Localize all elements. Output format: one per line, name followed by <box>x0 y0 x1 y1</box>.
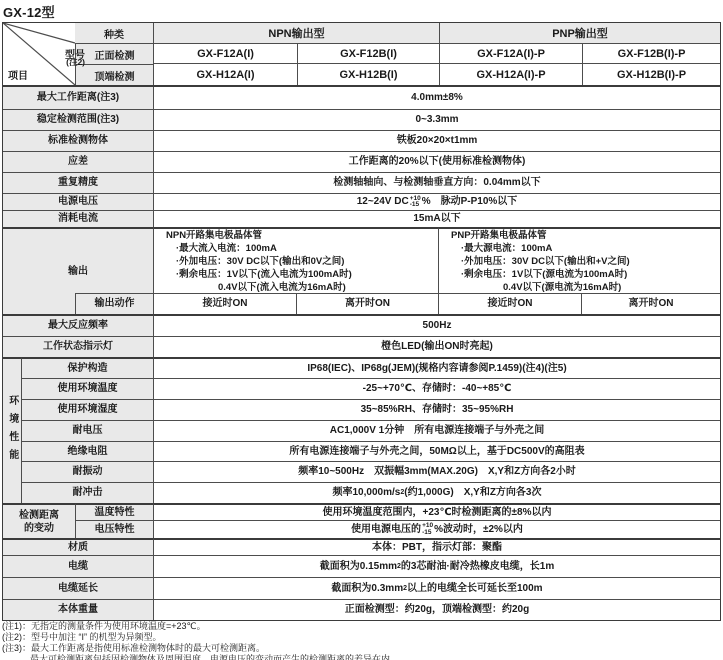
output-pnp-cell: PNP开路集电极晶体管 ·最大源电流：100mA ·外加电压：30V DC以下(… <box>438 227 720 293</box>
row-value: 所有电源连接端子与外壳之间，50MΩ以上，基于DC500V的高阻表 <box>153 441 720 461</box>
row-label: 最大工作距离(注3) <box>3 87 153 109</box>
row-label: 材质 <box>3 538 153 555</box>
row-label: 最大反应频率 <box>3 314 153 336</box>
pnp-line: ·最大源电流：100mA <box>451 242 552 255</box>
output-action-value: 离开时ON <box>581 293 720 314</box>
row-label: 电缆 <box>3 555 153 577</box>
cable-ext-suffix: 以上的电缆全长可延长至100m <box>407 583 543 595</box>
npn-line: ·剩余电压：1V以下(流入电流为100mA时) <box>166 268 352 281</box>
header-front-detect-label: 正面检测 <box>76 44 153 64</box>
row-value: 本体：PBT，指示灯部：聚酯 <box>153 538 720 555</box>
page-title: GX-12型 <box>3 2 55 21</box>
volt-suffix: %波动时，±2%以内 <box>434 524 523 536</box>
footnote-2: (注2)：型号中加注 “I” 的机型为异频型。 <box>2 632 721 643</box>
shock-suffix: (约1,000G) X,Y和Z方向各3次 <box>404 487 541 499</box>
row-value: 铁板20×20×t1mm <box>153 130 720 151</box>
row-label: 电缆延长 <box>3 577 153 599</box>
row-label: 耐电压 <box>21 420 153 441</box>
row-value: 使用电源电压的+10-15%波动时，±2%以内 <box>153 520 720 538</box>
row-value: 频率10~500Hz 双振幅3mm(MAX.20G) X,Y和Z方向各2小时 <box>153 461 720 482</box>
row-value: IP68(IEC)、IP68g(JEM)(规格内容请参阅P.1459)(注4)(… <box>153 357 720 378</box>
npn-title: NPN开路集电极晶体管 <box>166 229 262 242</box>
row-value: 检测轴轴向、与检测轴垂直方向：0.04mm以下 <box>153 172 720 193</box>
output-action-value: 接近时ON <box>438 293 581 314</box>
header-model-grid: NPN输出型 PNP输出型 GX-F12A(I) GX-F12B(I) GX-F… <box>153 23 720 85</box>
row-label: 耐振动 <box>21 461 153 482</box>
model-name: GX-H12B(I)-P <box>582 63 720 85</box>
row-label: 重复精度 <box>3 172 153 193</box>
header-corner-cell: 种类 正面检测 顶端检测 型号 (注2) 项目 <box>3 23 153 85</box>
model-name: GX-H12A(I) <box>154 63 297 85</box>
output-action-label: 输出动作 <box>75 293 153 314</box>
variation-group-line2: 的变动 <box>24 522 54 535</box>
model-name: GX-F12A(I) <box>154 43 297 63</box>
output-action-value: 接近时ON <box>153 293 296 314</box>
row-value: 15mA以下 <box>153 210 720 227</box>
row-label: 本体重量 <box>3 599 153 620</box>
footnote-3-continuation-clipped: 最大可检测距离包括因检测物体及周围温度、电源电压的变动而产生的检测距离的差异在内… <box>2 654 721 660</box>
footnote-3: (注3)：最大工作距离是指使用标准检测物体时的最大可检测距离。 <box>2 643 721 654</box>
pnp-line: 0.4V以下(源电流为16mA时) <box>451 281 621 294</box>
pnp-title: PNP开路集电极晶体管 <box>451 229 547 242</box>
variation-group-label: 检测距离 的变动 <box>3 503 75 538</box>
model-name: GX-F12B(I) <box>297 43 439 63</box>
row-value: -25~+70℃、存储时：-40~+85℃ <box>153 378 720 399</box>
row-value: 12~24V DC+10-15% 脉动P-P10%以下 <box>153 193 720 210</box>
row-label: 温度特性 <box>75 503 153 520</box>
row-label: 使用环境湿度 <box>21 399 153 420</box>
cable-ext-prefix: 截面积为0.3mm <box>331 583 403 595</box>
row-label: 绝缘电阻 <box>21 441 153 461</box>
row-value: 4.0mm±8% <box>153 87 720 109</box>
header-item-label: 项目 <box>8 67 28 82</box>
row-label: 稳定检测范围(注3) <box>3 109 153 130</box>
row-value: 500Hz <box>153 314 720 336</box>
header-model-note: (注2) <box>37 56 85 68</box>
voltage-suffix: % 脉动P-P10%以下 <box>422 196 518 208</box>
cable-suffix: 的3芯耐油·耐冷热橡皮电缆，长1m <box>401 561 554 573</box>
row-value: 35~85%RH、存储时：35~95%RH <box>153 399 720 420</box>
model-name: GX-H12A(I)-P <box>439 63 582 85</box>
tolerance-lower: -15 <box>422 530 433 537</box>
model-name: GX-H12B(I) <box>297 63 439 85</box>
output-npn-cell: NPN开路集电极晶体管 ·最大流入电流：100mA ·外加电压：30V DC以下… <box>153 227 438 293</box>
tolerance-lower: -15 <box>410 202 421 209</box>
spec-body: 最大工作距离(注3) 4.0mm±8% 稳定检测范围(注3) 0~3.3mm 标… <box>3 87 720 620</box>
row-label: 保护构造 <box>21 357 153 378</box>
voltage-prefix: 12~24V DC <box>357 196 409 208</box>
output-action-value: 离开时ON <box>296 293 438 314</box>
model-name: GX-F12B(I)-P <box>582 43 720 63</box>
row-label: 标准检测物体 <box>3 130 153 151</box>
row-value: 橙色LED(输出ON时亮起) <box>153 336 720 357</box>
npn-line: ·外加电压：30V DC以下(输出和0V之间) <box>166 255 344 268</box>
output-type-pnp: PNP输出型 <box>439 23 720 43</box>
row-value: 截面积为0.15mm2的3芯耐油·耐冷热橡皮电缆，长1m <box>153 555 720 577</box>
footnotes: (注1)：无指定的测量条件为使用环境温度=+23℃。 (注2)：型号中加注 “I… <box>2 621 721 660</box>
row-value: 工作距离的20%以下(使用标准检测物体) <box>153 151 720 172</box>
variation-group-line1: 检测距离 <box>19 509 59 522</box>
tolerance-stack: +10-15 <box>410 196 421 209</box>
npn-line: ·最大流入电流：100mA <box>166 242 277 255</box>
tolerance-stack: +10-15 <box>422 523 433 536</box>
environment-group-label: 环境性能 <box>3 357 21 503</box>
spec-table: 种类 正面检测 顶端检测 型号 (注2) 项目 NPN输出型 PNP输出型 GX… <box>2 22 721 621</box>
row-label: 电源电压 <box>3 193 153 210</box>
model-name: GX-F12A(I)-P <box>439 43 582 63</box>
row-value: AC1,000V 1分钟 所有电源连接端子与外壳之间 <box>153 420 720 441</box>
row-label: 电压特性 <box>75 520 153 538</box>
cable-prefix: 截面积为0.15mm <box>320 561 397 573</box>
row-label: 使用环境温度 <box>21 378 153 399</box>
header-top-detect-label: 顶端检测 <box>76 65 153 85</box>
footnote-1: (注1)：无指定的测量条件为使用环境温度=+23℃。 <box>2 621 721 632</box>
volt-prefix: 使用电源电压的 <box>351 524 421 536</box>
header-kind-label: 种类 <box>75 23 153 44</box>
row-label: 工作状态指示灯 <box>3 336 153 357</box>
row-label: 消耗电流 <box>3 210 153 227</box>
shock-prefix: 频率10,000m/s <box>333 487 401 499</box>
table-header: 种类 正面检测 顶端检测 型号 (注2) 项目 NPN输出型 PNP输出型 GX… <box>3 23 720 87</box>
npn-line: 0.4V以下(流入电流为16mA时) <box>166 281 346 294</box>
pnp-line: ·剩余电压：1V以下(源电流为100mA时) <box>451 268 627 281</box>
row-value: 0~3.3mm <box>153 109 720 130</box>
row-label: 耐冲击 <box>21 482 153 503</box>
output-type-npn: NPN输出型 <box>154 23 439 43</box>
row-value: 使用环境温度范围内，+23℃时检测距离的±8%以内 <box>153 503 720 520</box>
row-value: 正面检测型：约20g，顶端检测型：约20g <box>153 599 720 620</box>
row-value: 频率10,000m/s2(约1,000G) X,Y和Z方向各3次 <box>153 482 720 503</box>
pnp-line: ·外加电压：30V DC以下(输出和+V之间) <box>451 255 630 268</box>
row-label: 应差 <box>3 151 153 172</box>
row-value: 截面积为0.3mm2以上的电缆全长可延长至100m <box>153 577 720 599</box>
